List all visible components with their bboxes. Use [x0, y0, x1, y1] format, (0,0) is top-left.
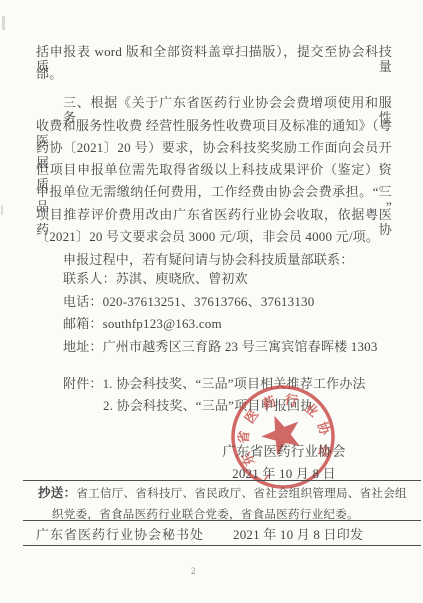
body-line-9: 〔2021〕20 号文要求会员 3000 元/项，非会员 4000 元/项。 — [36, 229, 379, 244]
print-date: 2021 年 10 月 8 日印发 — [233, 527, 363, 542]
body-line-2: 部。 — [36, 66, 62, 81]
body-line-10: 申报过程中，若有疑问请与协会科技质量部联系： — [63, 252, 353, 267]
svg-text:省: 省 — [236, 430, 252, 444]
contact-email-line: 邮箱：southfp123@163.com — [63, 316, 222, 331]
document-page: 括申报表 word 版和全部资料盖章扫描版），提交至协会科技质量 部。 三、根据… — [0, 0, 423, 603]
cc-text-line-1: 省工信厅、省科技厅、省民政厅、省社会组织管理局、省社会组 — [76, 488, 406, 500]
cc-row: 抄送：省工信厅、省科技厅、省民政厅、省社会组织管理局、省社会组 — [38, 486, 407, 502]
contact-phone-line: 电话：020-37613251、37613766、37613130 — [63, 294, 314, 309]
svg-text:协: 协 — [314, 420, 333, 438]
footer-rule-top — [23, 480, 421, 481]
attachments-label: 附件： — [63, 376, 103, 391]
footer-rule-middle — [23, 520, 421, 521]
attachments-row-1: 附件：1. 协会科技奖、“三品”项目相关推荐工作办法 — [63, 376, 366, 391]
issuer-name: 广东省医药行业协会秘书处 — [36, 527, 204, 542]
contact-address-line: 地址：广州市越秀区三育路 23 号三寓宾馆春晖楼 1303 — [63, 339, 378, 354]
signature-date: 2021 年 10 月 8 日 — [203, 466, 365, 481]
footer-rule-bottom — [23, 545, 421, 546]
scan-artifact — [1, 205, 3, 215]
contact-person-line: 联系人：苏淇、庾晓欣、曾初欢 — [63, 271, 248, 286]
scan-artifact — [2, 16, 5, 30]
page-number: 2 — [191, 566, 196, 576]
body-line-1: 括申报表 word 版和全部资料盖章扫描版），提交至协会科技质量 — [36, 44, 392, 74]
signature-org: 广东省医药行业协会 — [203, 444, 365, 459]
seal-ring — [218, 372, 348, 502]
attachment-item-1: 1. 协会科技奖、“三品”项目相关推荐工作办法 — [103, 376, 366, 391]
attachment-item-2: 2. 协会科技奖、“三品”项目申报回执 — [103, 398, 313, 413]
cc-label: 抄送： — [38, 486, 76, 500]
